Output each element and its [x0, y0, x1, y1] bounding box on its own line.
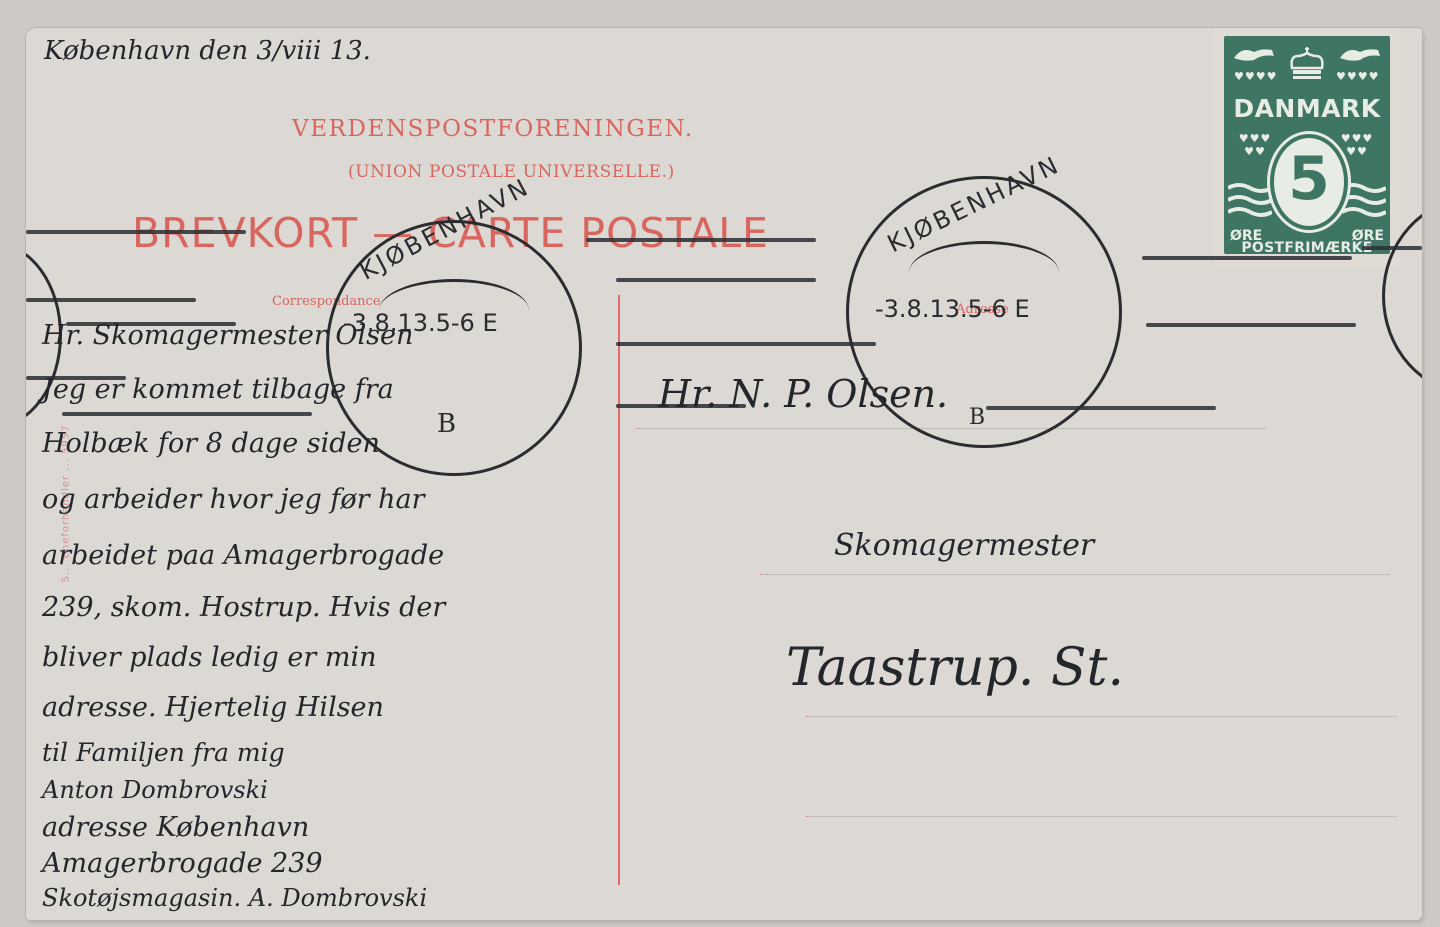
- stamp-country: DANMARK: [1224, 94, 1390, 123]
- recipient-town: Taastrup. St.: [786, 638, 1124, 698]
- message-line: til Familjen fra mig: [42, 738, 285, 767]
- waves-icon: [1228, 182, 1272, 218]
- cancel-line: [616, 342, 876, 346]
- divider-line: [618, 295, 620, 885]
- cancel-line: [586, 238, 816, 242]
- message-line: og arbeider hvor jeg før har: [42, 484, 425, 515]
- message-line: Holbæk for 8 dage siden: [42, 428, 380, 459]
- message-line: Hr. Skomagermester Olsen: [42, 320, 413, 351]
- message-line: Jeg er kommet tilbage fra: [42, 374, 394, 405]
- hearts-icon: ♥♥♥♥: [1336, 70, 1379, 83]
- hearts-icon: ♥♥♥♥: [1234, 70, 1277, 83]
- cancel-line: [1146, 323, 1356, 327]
- place-date: København den 3/viii 13.: [44, 36, 371, 66]
- union-title: VERDENSPOSTFORENINGEN.: [292, 116, 694, 142]
- message-line: Amagerbrogade 239: [42, 848, 323, 879]
- recipient-name: Hr. N. P. Olsen.: [658, 372, 948, 416]
- lion-icon: [1232, 42, 1276, 64]
- crown-icon: [1288, 46, 1326, 80]
- address-line-2: [760, 574, 1390, 575]
- cancel-line: [616, 278, 816, 282]
- message-line: adresse. Hjertelig Hilsen: [42, 692, 384, 723]
- postage-stamp: ♥♥♥♥ ♥♥♥♥ DANMARK ♥♥♥ ♥♥ ♥♥♥ ♥♥ 5 ØRE ØR…: [1214, 28, 1400, 268]
- message-line: adresse København: [42, 812, 309, 843]
- postmark-office: B: [437, 409, 456, 439]
- postmark-date: -3.8.13.5-6 E: [875, 295, 1030, 323]
- hearts-icon: ♥♥♥ ♥♥: [1340, 132, 1374, 158]
- postcard: VERDENSPOSTFORENINGEN. (UNION POSTALE UN…: [26, 28, 1422, 920]
- cancel-line: [62, 412, 312, 416]
- address-line-4: [806, 816, 1396, 817]
- address-line-3: [806, 716, 1396, 717]
- message-line: bliver plads ledig er min: [42, 642, 377, 673]
- recipient-occupation: Skomagermester: [834, 528, 1094, 563]
- message-line: 239, skom. Hostrup. Hvis der: [42, 592, 445, 623]
- cancel-line: [1142, 256, 1352, 260]
- waves-icon: [1342, 182, 1386, 218]
- postmark-office: B: [969, 405, 985, 430]
- cancel-line: [26, 230, 246, 234]
- message-line: arbeidet paa Amagerbrogade: [42, 540, 444, 571]
- lion-icon: [1338, 42, 1382, 64]
- value-oval: 5: [1270, 134, 1348, 230]
- stamp-value: 5: [1274, 144, 1344, 214]
- message-line: Skotøjsmagasin. A. Dombrovski: [42, 884, 427, 912]
- hearts-icon: ♥♥♥ ♥♥: [1238, 132, 1272, 158]
- message-line: Anton Dombrovski: [42, 776, 268, 804]
